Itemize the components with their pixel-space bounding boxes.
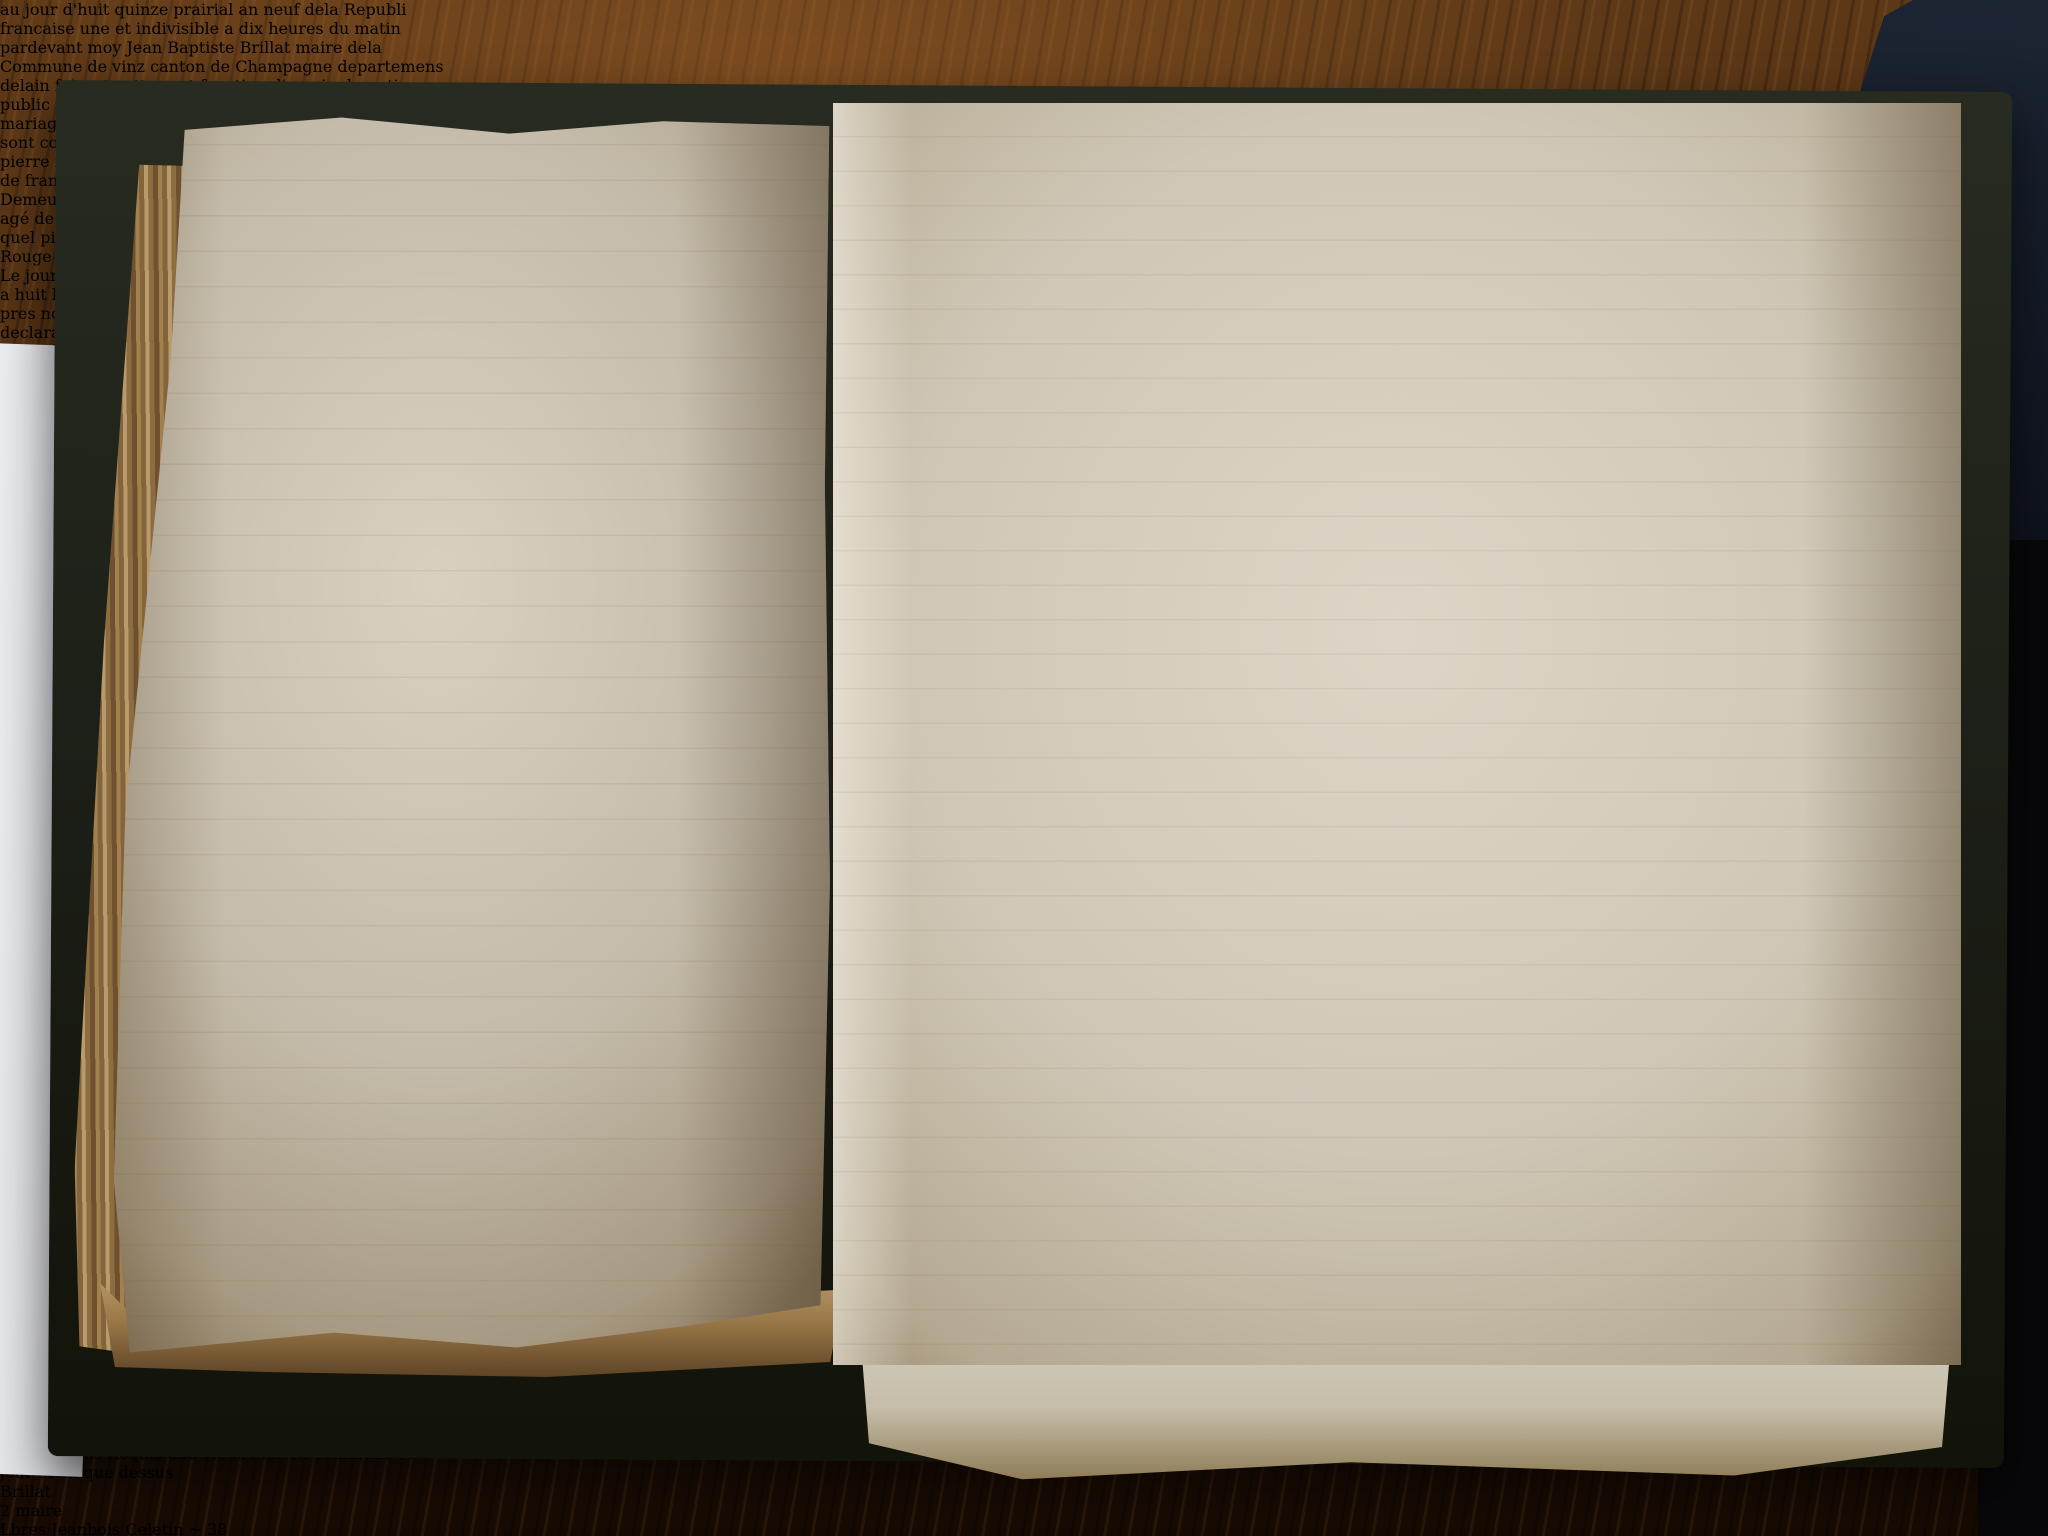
manuscript-line: francaise une et indivisible a dix heure… bbox=[0, 19, 2048, 38]
manuscript-line: au jour d'huit quinze prairial an neuf d… bbox=[0, 0, 2048, 19]
underpage-text-fragment: Lbres Jeanbois Celetin ~ 38 bbox=[0, 1520, 2048, 1536]
photo-of-open-register-book: au jour d'huit quinze prairial an neuf d… bbox=[0, 0, 2048, 1536]
mayor-signature: Brillat bbox=[0, 1482, 2048, 1501]
left-manuscript-page bbox=[108, 110, 838, 1355]
mayor-signature-title: 2 maire bbox=[0, 1501, 2048, 1520]
manuscript-line: pardevant moy Jean Baptiste Brillat mair… bbox=[0, 38, 2048, 57]
manuscript-line: Commune de vinz canton de Champagne depa… bbox=[0, 57, 2048, 76]
right-manuscript-page bbox=[833, 103, 1961, 1365]
